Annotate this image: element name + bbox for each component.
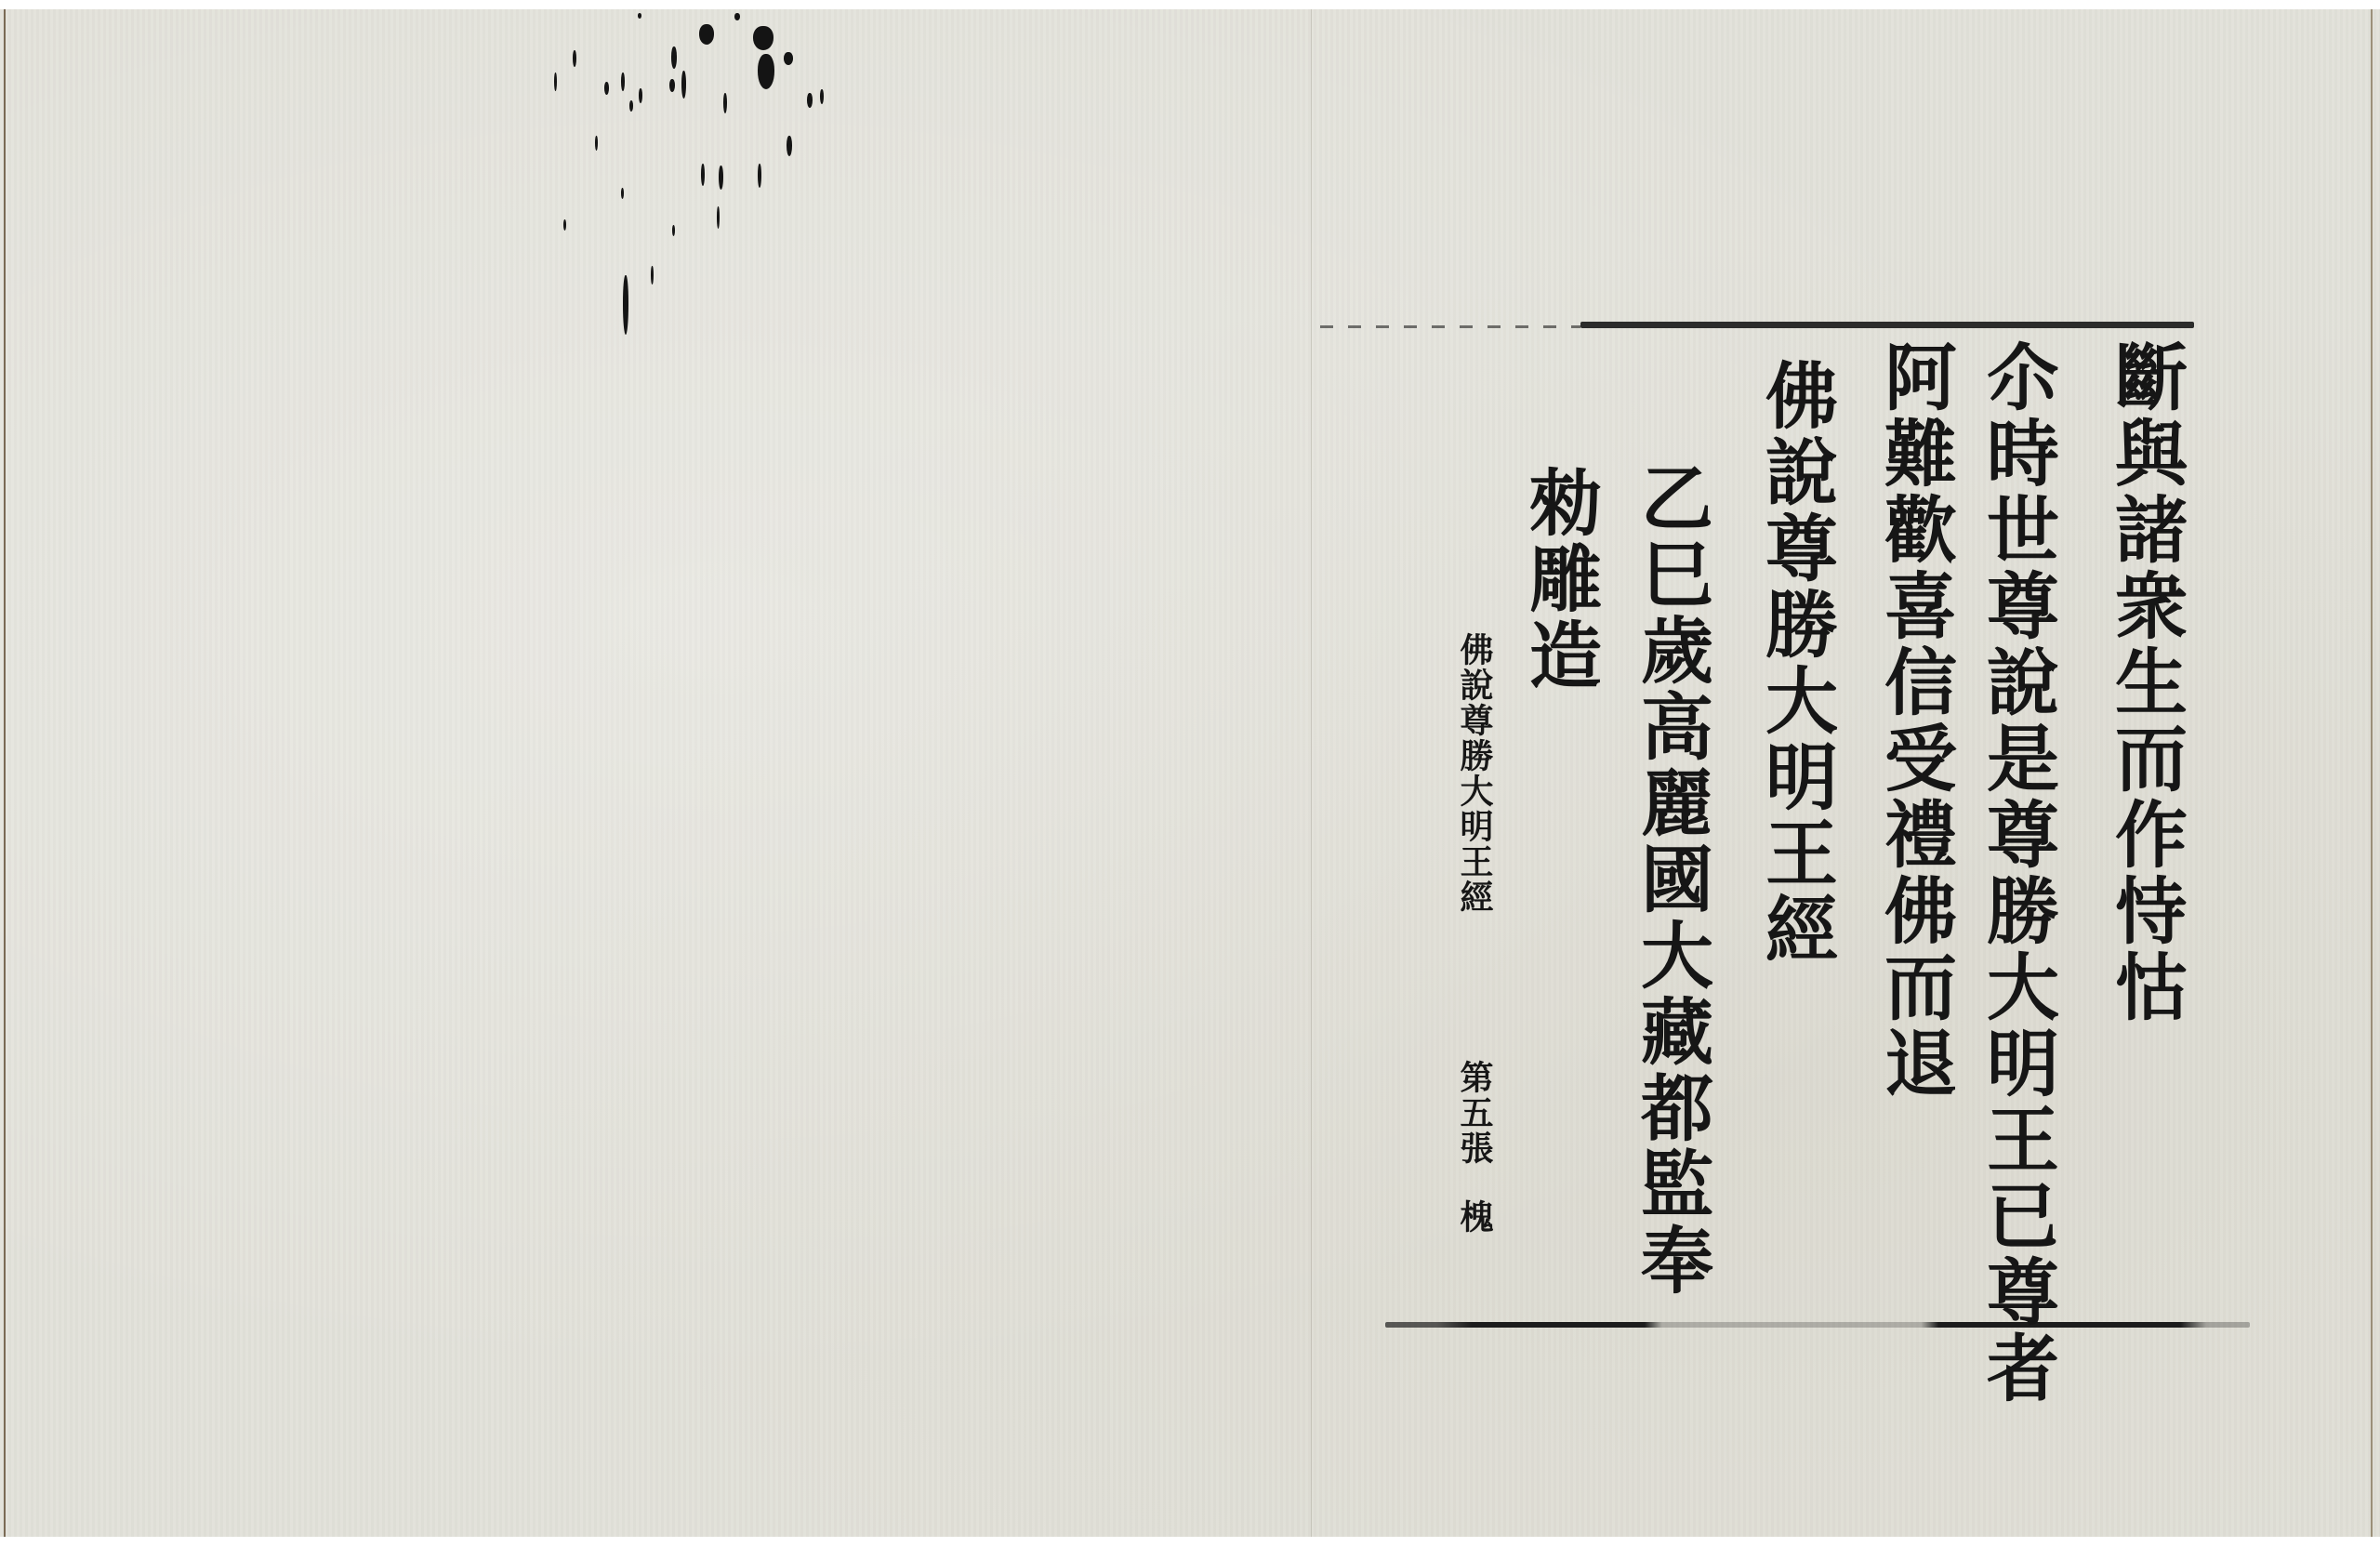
page-fold-crease <box>1311 9 1312 1537</box>
page-left-edge <box>4 9 6 1537</box>
frame-top-border-faint <box>1320 325 1580 328</box>
frame-top-border <box>1580 322 2194 328</box>
text-column-2: 尒時世尊說是尊勝大明王已尊者 <box>1980 339 2053 1407</box>
page-right-edge <box>2371 9 2373 1537</box>
text-column-3: 阿難歡喜信受禮佛而退 <box>1878 339 1950 1102</box>
margin-title: 佛說尊勝大明王經 <box>1458 632 1491 915</box>
sutra-title: 佛說尊勝大明王經 <box>1759 358 1831 968</box>
colophon-line-1: 乙巳歲高麗國大藏都監奉 <box>1634 460 1707 1299</box>
margin-carver-mark: 槐 <box>1458 1199 1491 1235</box>
margin-leaf-number: 第五張 <box>1458 1060 1491 1166</box>
frame-bottom-border <box>1385 1322 2250 1328</box>
text-column-1: 斷與諸衆生而作恃怙 <box>2109 339 2181 1025</box>
colophon-line-2: 勑雕造 <box>1523 465 1595 694</box>
